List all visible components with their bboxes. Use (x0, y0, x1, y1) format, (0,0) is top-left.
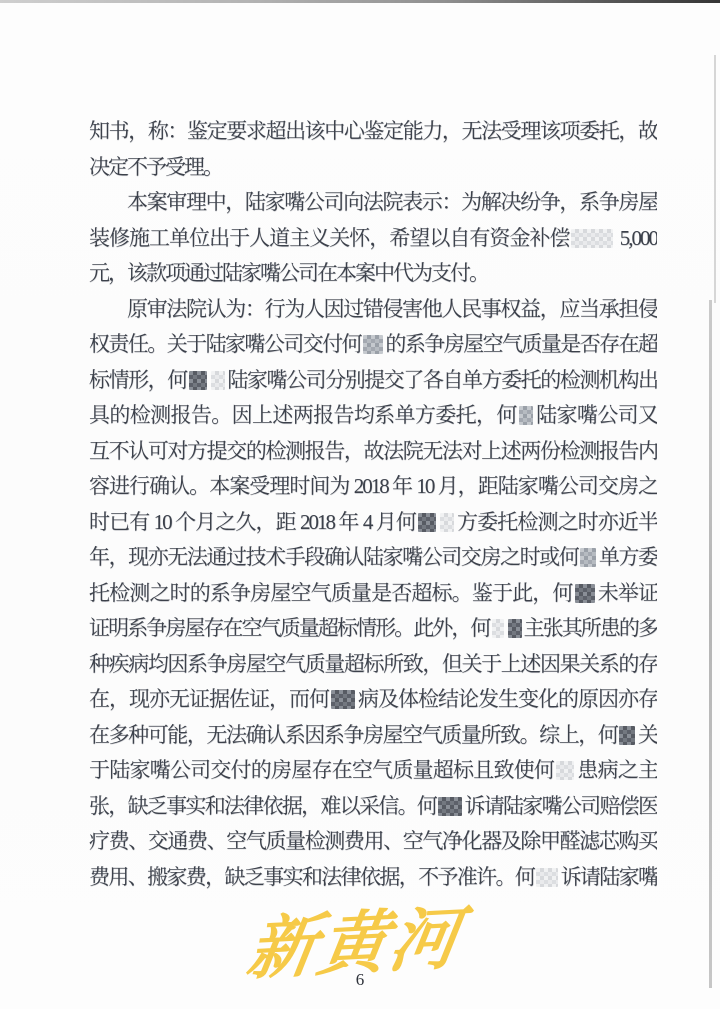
scan-edge-top (0, 0, 720, 3)
redaction-box (418, 513, 436, 532)
text-line: 在多种可能，无法确认系因系争房屋空气质量所致。综上，何关 (89, 718, 657, 754)
redaction-box (492, 619, 504, 638)
scan-line-right-lower (709, 300, 712, 988)
redaction-box (580, 548, 596, 567)
document-body: 知书，称：鉴定要求超出该中心鉴定能力，无法受理该项委托，故决定不予受理。本案审理… (89, 114, 657, 895)
redaction-box (619, 726, 635, 745)
text-line: 证明系争房屋存在空气质量超标情形。此外，何主张其所患的多 (89, 611, 657, 647)
text-line: 张，缺乏事实和法律依据，难以采信。何诉请陆家嘴公司赔偿医 (89, 789, 657, 825)
text-line: 本案审理中，陆家嘴公司向法院表示：为解决纷争，系争房屋 (89, 185, 657, 221)
text-line: 托检测之时的系争房屋空气质量是否超标。鉴于此，何未举证 (89, 576, 657, 612)
text-line: 种疾病均因系争房屋空气质量超标所致，但关于上述因果关系的存 (89, 647, 657, 683)
redaction-box (331, 690, 355, 709)
text-line: 原审法院认为：行为人因过错侵害他人民事权益，应当承担侵 (89, 292, 657, 328)
redaction-box (575, 584, 595, 603)
text-line: 于陆家嘴公司交付的房屋存在空气质量超标且致使何患病之主 (89, 753, 657, 789)
text-line: 权责任。关于陆家嘴公司交付何的系争房屋空气质量是否存在超 (89, 327, 657, 363)
document-page: 知书，称：鉴定要求超出该中心鉴定能力，无法受理该项委托，故决定不予受理。本案审理… (0, 0, 720, 1009)
text-line: 年，现亦无法通过技术手段确认陆家嘴公司交房之时或何单方委 (89, 540, 657, 576)
redaction-box (438, 797, 462, 816)
redaction-box (211, 371, 225, 390)
text-line: 装修施工单位出于人道主义关怀，希望以自有资金补偿 5,000 (89, 221, 657, 257)
text-line: 元，该款项通过陆家嘴公司在本案中代为支付。 (89, 256, 657, 292)
text-line: 标情形，何陆家嘴公司分别提交了各自单方委托的检测机构出 (89, 363, 657, 399)
text-line: 知书，称：鉴定要求超出该中心鉴定能力，无法受理该项委托，故 (89, 114, 657, 150)
text-line: 时已有 10 个月之久，距 2018 年 4 月何方委托检测之时亦近半 (89, 505, 657, 541)
redaction-box (536, 868, 558, 887)
text-line: 疗费、交通费、空气质量检测费用、空气净化器及除甲醛滤芯购买 (89, 824, 657, 860)
scan-line-right-upper (714, 55, 716, 303)
text-line: 容进行确认。本案受理时间为 2018 年 10 月，距陆家嘴公司交房之 (89, 469, 657, 505)
page-number: 6 (338, 970, 382, 990)
redaction-box (440, 513, 454, 532)
text-line: 决定不予受理。 (89, 150, 657, 186)
text-line: 具的检测报告。因上述两报告均系单方委托，何陆家嘴公司又 (89, 398, 657, 434)
redaction-box (571, 229, 613, 248)
text-line: 在，现亦无证据佐证，而何病及体检结论发生变化的原因亦存 (89, 682, 657, 718)
redaction-box (508, 619, 522, 638)
text-line: 互不认可对方提交的检测报告，故法院无法对上述两份检测报告内 (89, 434, 657, 470)
redaction-box (189, 371, 207, 390)
redaction-box (363, 335, 383, 354)
redaction-box (519, 406, 533, 425)
redaction-box (556, 761, 574, 780)
